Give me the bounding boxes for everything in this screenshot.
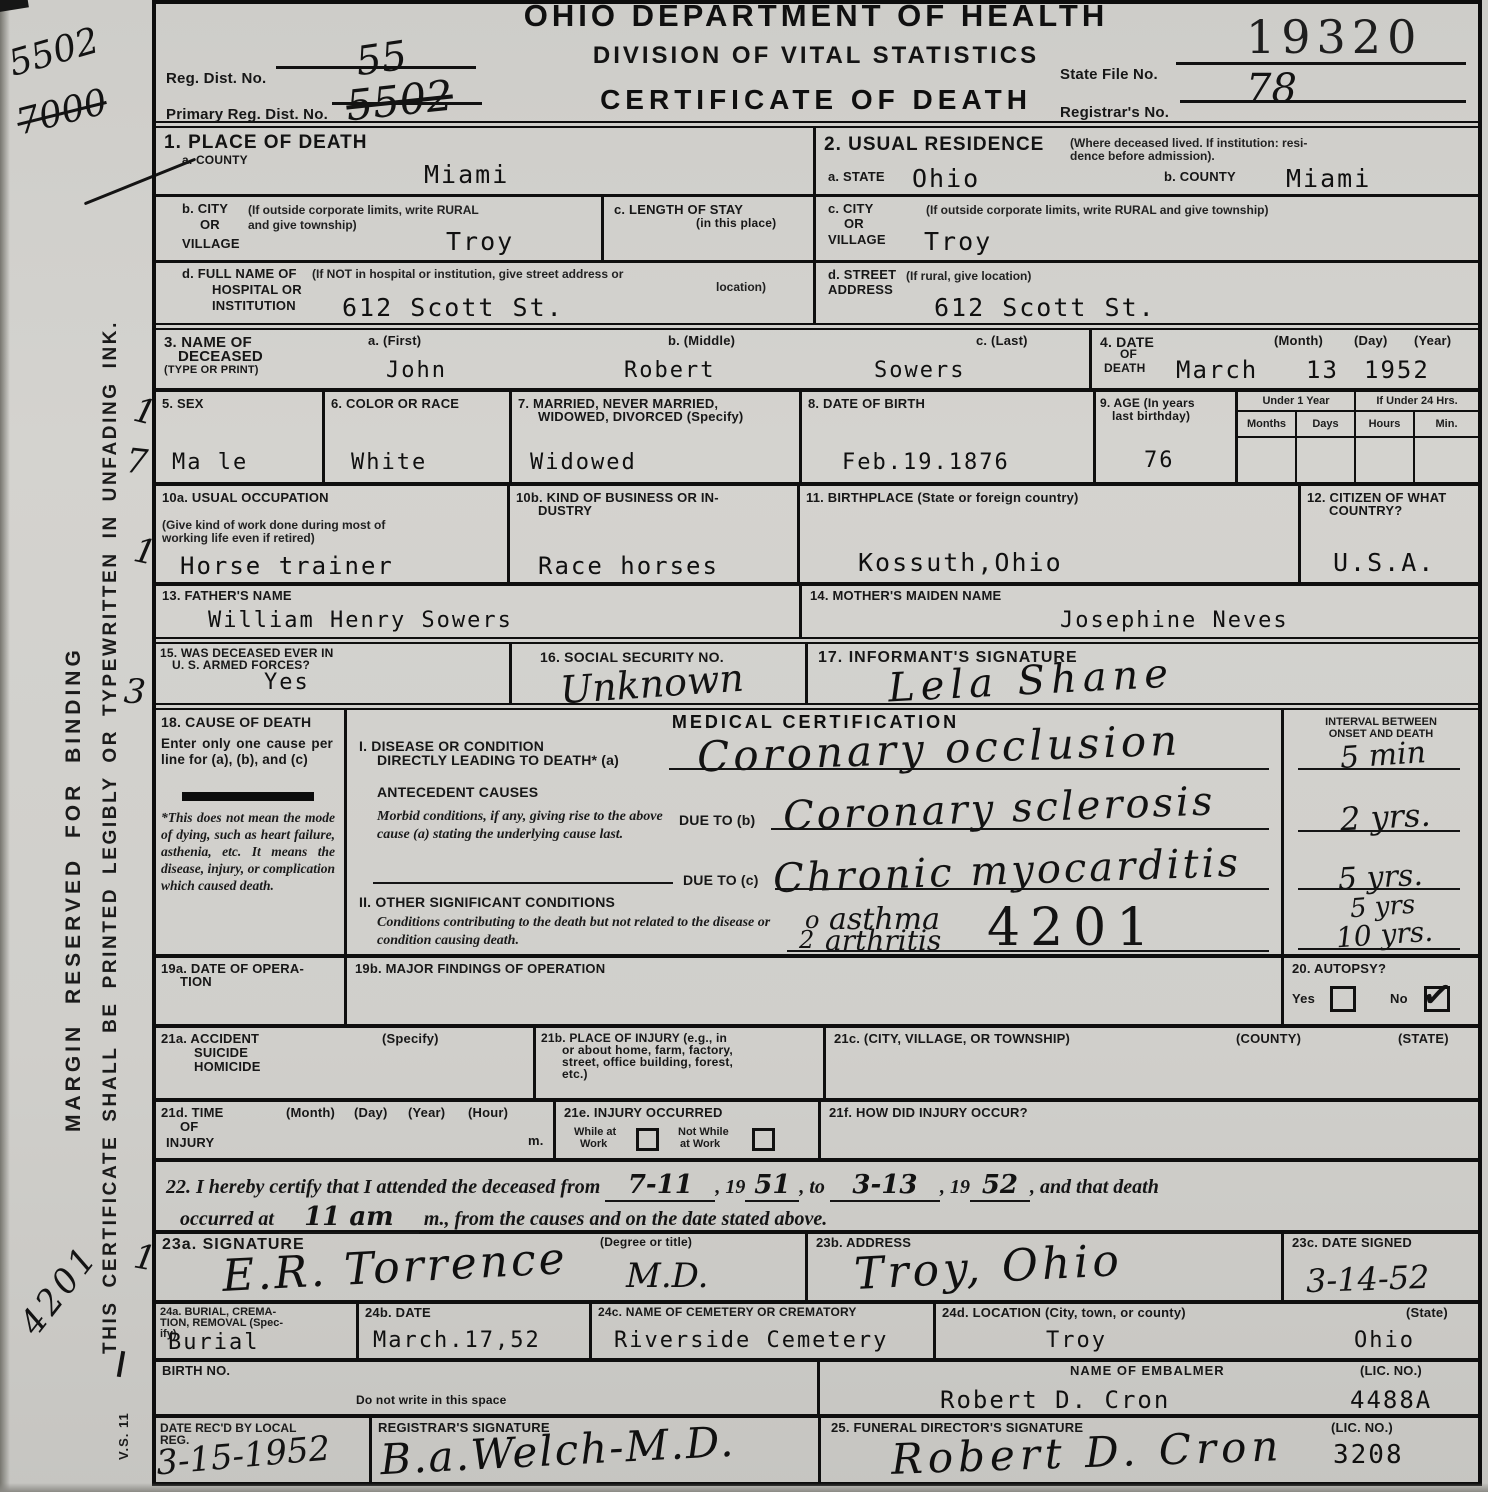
ssn-cell: 16. SOCIAL SECURITY NO. Unknown (512, 644, 808, 703)
certify-text-3: , to (799, 1176, 825, 1198)
date-day-value: 13 (1306, 356, 1339, 384)
birthplace-value: Kossuth,Ohio (858, 548, 1063, 577)
place-county-value: Miami (424, 160, 509, 189)
not-while-label-2: at Work (680, 1138, 720, 1151)
row-burial: 24a. BURIAL, CREMA- TION, REMOVAL (Spec-… (156, 1304, 1478, 1362)
birth-date-cell: 8. DATE OF BIRTH Feb.19.1876 (802, 392, 1096, 482)
embalmer-lic-value: 4488A (1350, 1386, 1432, 1414)
marital-label-2: WIDOWED, DIVORCED (Specify) (538, 410, 743, 425)
sex-label: 5. SEX (162, 397, 204, 412)
injury-state-label: (STATE) (1398, 1032, 1449, 1047)
burial-state-label: (State) (1406, 1306, 1448, 1321)
place-city-row: b. CITY (If outside corporate limits, wr… (156, 197, 813, 263)
age-label-2: last birthday) (1112, 410, 1190, 424)
interval-e-line (1298, 948, 1460, 950)
degree-title-label: (Degree or title) (600, 1236, 692, 1250)
residence-street-label-1: d. STREET (828, 268, 896, 283)
registrar-signature-cell: REGISTRAR'S SIGNATURE B.a.Welch-M.D. (372, 1418, 821, 1482)
margin-handwritten-4201: 4201 (12, 1237, 107, 1342)
name-first-label: a. (First) (368, 334, 421, 349)
days-value-cell (1297, 438, 1356, 482)
cause-c-value: Chronic myocarditis (772, 840, 1241, 902)
cause-of-death-cell: 18. CAUSE OF DEATH Enter only one cause … (156, 710, 347, 954)
sex-value: Ma le (172, 450, 248, 475)
cause-of-death-label: 18. CAUSE OF DEATH (161, 714, 311, 730)
name-title-2: DECEASED (178, 348, 263, 365)
marital-value: Widowed (530, 450, 637, 475)
injury-occurred-cell: 21e. INJURY OCCURRED While at Work Not W… (556, 1102, 821, 1158)
name-title-3: (TYPE OR PRINT) (164, 364, 259, 377)
birthplace-label: 11. BIRTHPLACE (State or foreign country… (806, 491, 1079, 506)
birth-date-label: 8. DATE OF BIRTH (808, 397, 925, 412)
medical-certification-cell: MEDICAL CERTIFICATION I. DISEASE OR COND… (347, 710, 1284, 954)
father-value: William Henry Sowers (208, 608, 513, 633)
embalmer-value: Robert D. Cron (940, 1386, 1170, 1414)
cause-c-leader-line (373, 882, 673, 884)
dept-title: OHIO DEPARTMENT OF HEALTH (336, 0, 1296, 34)
autopsy-label: 20. AUTOPSY? (1292, 962, 1386, 977)
place-of-injury-cell: 21b. PLACE OF INJURY (e.g., in or about … (536, 1028, 826, 1098)
residence-city-value: Troy (924, 227, 992, 256)
row-occupation: 10a. USUAL OCCUPATION (Give kind of work… (156, 486, 1478, 586)
state-file-stamp-number: 19320 (1246, 10, 1422, 64)
certify-text-7: m., from the causes and on the date stat… (424, 1208, 827, 1230)
injury-county-label: (COUNTY) (1236, 1032, 1301, 1047)
state-file-line (1176, 62, 1466, 65)
burial-location-label: 24d. LOCATION (City, town, or county) (942, 1306, 1186, 1321)
operation-findings-cell: 19b. MAJOR FINDINGS OF OPERATION (347, 958, 1284, 1024)
scan-corner-mark (0, 0, 29, 13)
injury-city-label: 21c. (CITY, VILLAGE, OR TOWNSHIP) (834, 1032, 1070, 1047)
other-condition-2: arthritis (825, 924, 941, 957)
row-parents: 13. FATHER'S NAME William Henry Sowers 1… (156, 586, 1478, 644)
registrar-no-label: Registrar's No. (1060, 104, 1169, 121)
embalmer-label: NAME OF EMBALMER (1070, 1364, 1225, 1379)
section-place-of-death: 1. PLACE OF DEATH a. COUNTY Miami b. CIT… (156, 128, 816, 323)
armed-forces-value: Yes (264, 670, 310, 695)
birth-no-cell: BIRTH NO. Do not write in this space (156, 1362, 820, 1414)
informant-cell: 17. INFORMANT'S SIGNATURE Lela Shane (808, 644, 1478, 703)
burial-state-value: Ohio (1354, 1328, 1415, 1353)
under-1-year-header: Under 1 Year (1238, 392, 1356, 410)
autopsy-no-checkmark: ✓ (1419, 972, 1455, 1018)
scan-edge-shadow (0, 0, 10, 1492)
place-length-of-stay-cell: c. LENGTH OF STAY (in this place) (604, 197, 813, 260)
injury-time-year: (Year) (408, 1106, 445, 1121)
mother-label: 14. MOTHER'S MAIDEN NAME (810, 589, 1001, 604)
physician-degree-value: M.D. (626, 1256, 708, 1296)
while-at-work-checkbox (636, 1128, 659, 1151)
citizen-label-2: COUNTRY? (1329, 504, 1402, 519)
institution-label-3: INSTITUTION (212, 299, 296, 314)
place-institution-cell: d. FULL NAME OF (If NOT in hospital or i… (156, 263, 813, 326)
certify-from-year: 51 (745, 1170, 799, 1202)
autopsy-yes-label: Yes (1292, 992, 1315, 1007)
row-name-date: 3. NAME OF DECEASED (TYPE OR PRINT) a. (… (156, 330, 1478, 392)
row-place-residence: 1. PLACE OF DEATH a. COUNTY Miami b. CIT… (156, 128, 1478, 330)
institution-note-1: (If NOT in hospital or institution, give… (312, 267, 623, 282)
injury-time-hour: (Hour) (468, 1106, 508, 1121)
date-of-death-label-2: OF (1120, 348, 1137, 362)
cemetery-value: Riverside Cemetery (614, 1328, 888, 1353)
row-sex-race-age: 5. SEX Ma le 6. COLOR OR RACE White 7. M… (156, 392, 1478, 486)
how-injury-cell: 21f. HOW DID INJURY OCCUR? (821, 1102, 1478, 1158)
not-while-checkbox (752, 1128, 775, 1151)
occupation-note-2: working life even if retired) (162, 531, 315, 546)
place-county-label: a. COUNTY (182, 154, 248, 168)
injury-occurred-label: 21e. INJURY OCCURRED (564, 1106, 723, 1121)
death-certificate-scan: 5502 7000 MARGIN RESERVED FOR BINDING TH… (0, 0, 1488, 1492)
residence-city-label-1: c. CITY (828, 202, 873, 217)
length-of-stay-note: (in this place) (696, 217, 776, 231)
place-city-label-2: OR (200, 218, 220, 233)
primary-reg-dist-label: Primary Reg. Dist. No. (166, 106, 328, 123)
residence-street-cell: d. STREET (If rural, give location) ADDR… (816, 263, 1478, 326)
primary-reg-dist-value: 5502 (344, 71, 455, 131)
certify-from-date: 7-11 (605, 1170, 715, 1202)
certify-text-2: , 19 (715, 1176, 745, 1198)
row-embalmer: BIRTH NO. Do not write in this space NAM… (156, 1362, 1478, 1418)
margin-dash (117, 1351, 125, 1377)
place-city-cell: b. CITY (If outside corporate limits, wr… (156, 197, 604, 260)
place-of-death-title: 1. PLACE OF DEATH (164, 132, 368, 154)
margin-handwritten-5502: 5502 (4, 20, 103, 85)
reg-dist-label: Reg. Dist. No. (166, 70, 266, 87)
form-header: OHIO DEPARTMENT OF HEALTH DIVISION OF VI… (156, 4, 1478, 128)
usual-residence-note-2: dence before admission). (1070, 149, 1215, 164)
age-subcolumns: Under 1 Year If Under 24 Hrs. Months Day… (1238, 392, 1478, 482)
cause-note-2: *This does not mean the mode of dying, s… (161, 810, 335, 894)
citizen-value: U.S.A. (1333, 548, 1435, 577)
residence-city-cell: c. CITY (If outside corporate limits, wr… (816, 197, 1478, 263)
cause-divider-bar (182, 792, 314, 801)
injury-location-cell: 21c. (CITY, VILLAGE, OR TOWNSHIP) (COUNT… (826, 1028, 1478, 1098)
due-to-c-label: DUE TO (c) (683, 872, 759, 888)
residence-street-value: 612 Scott St. (934, 293, 1156, 322)
name-last-value: Sowers (874, 358, 965, 383)
embalmer-lic-label: (LIC. NO.) (1360, 1364, 1422, 1379)
burial-type-value: Burial (168, 1330, 259, 1355)
race-value: White (351, 450, 427, 475)
physician-signature-cell: 23a. SIGNATURE (Degree or title) E.R. To… (156, 1234, 808, 1300)
residence-street-note: (If rural, give location) (906, 269, 1031, 284)
name-date-divider (1089, 330, 1092, 388)
residence-county-value: Miami (1286, 164, 1371, 193)
cause-b-value: Coronary sclerosis (782, 778, 1216, 839)
interval-b-line (1298, 830, 1460, 832)
burial-city-value: Troy (1046, 1328, 1107, 1353)
residence-county-label: b. COUNTY (1164, 170, 1236, 185)
row-accident: 21a. ACCIDENT SUICIDE HOMICIDE (Specify)… (156, 1028, 1478, 1102)
injury-time-day: (Day) (354, 1106, 388, 1121)
months-value-cell (1238, 438, 1297, 482)
birthplace-cell: 11. BIRTHPLACE (State or foreign country… (800, 486, 1301, 582)
burial-label-2: TION, REMOVAL (Spec- (160, 1317, 283, 1330)
place-city-note-1: (If outside corporate limits, write RURA… (248, 203, 479, 218)
sex-cell: 5. SEX Ma le (156, 392, 325, 482)
autopsy-yes-checkbox (1330, 986, 1356, 1012)
race-cell: 6. COLOR OR RACE White (325, 392, 512, 482)
how-injury-label: 21f. HOW DID INJURY OCCUR? (829, 1106, 1028, 1121)
row-physician-signature: 23a. SIGNATURE (Degree or title) E.R. To… (156, 1234, 1478, 1304)
operation-date-label-2: TION (180, 975, 212, 990)
code-4201-stamp: 4201 (987, 898, 1159, 958)
place-city-label-1: b. CITY (182, 202, 228, 217)
antecedent-label: ANTECEDENT CAUSES (377, 784, 538, 800)
injury-time-label-2: OF (180, 1120, 198, 1135)
residence-state-label: a. STATE (828, 170, 885, 185)
burial-type-cell: 24a. BURIAL, CREMA- TION, REMOVAL (Spec-… (156, 1304, 359, 1358)
under-24-hrs-header: If Under 24 Hrs. (1356, 392, 1478, 410)
due-to-b-label: DUE TO (b) (679, 812, 755, 828)
name-middle-label: b. (Middle) (668, 334, 735, 349)
race-label: 6. COLOR OR RACE (331, 397, 459, 412)
min-value-cell (1415, 438, 1478, 482)
residence-city-label-2: OR (844, 217, 864, 232)
institution-label-2: HOSPITAL OR (212, 283, 302, 298)
date-month-label: (Month) (1274, 334, 1323, 349)
accident-label-3: HOMICIDE (194, 1060, 261, 1075)
other-conditions-note: Conditions contributing to the death but… (377, 914, 797, 949)
margin-form-code: V.S. 11 (116, 1412, 131, 1460)
injury-place-label-4: etc.) (562, 1068, 588, 1082)
funeral-director-cell: 25. FUNERAL DIRECTOR'S SIGNATURE (LIC. N… (821, 1418, 1478, 1482)
hours-header: Hours (1356, 412, 1415, 436)
date-signed-value: 3-14-52 (1305, 1258, 1430, 1300)
certify-to-date: 3-13 (830, 1170, 940, 1202)
funeral-director-lic-value: 3208 (1333, 1440, 1404, 1470)
citizen-cell: 12. CITIZEN OF WHAT COUNTRY? U.S.A. (1301, 486, 1478, 582)
date-of-death-label-3: DEATH (1104, 362, 1145, 376)
occupation-cell: 10a. USUAL OCCUPATION (Give kind of work… (156, 486, 510, 582)
occupation-value: Horse trainer (180, 552, 394, 580)
certify-text-6: occurred at (180, 1208, 274, 1230)
institution-label-1: d. FULL NAME OF (182, 267, 297, 282)
cemetery-label: 24c. NAME OF CEMETERY OR CREMATORY (598, 1306, 857, 1320)
certify-statement-cell: 22. I hereby certify that I attended the… (156, 1162, 1478, 1230)
margin-ink-note: THIS CERTIFICATE SHALL BE PRINTED LEGIBL… (100, 320, 122, 1354)
birth-no-label: BIRTH NO. (162, 1364, 230, 1379)
industry-label-2: DUSTRY (538, 504, 592, 519)
date-signed-label: 23c. DATE SIGNED (1292, 1236, 1412, 1251)
certify-text-1: 22. I hereby certify that I attended the… (166, 1176, 600, 1198)
interval-a-line (1298, 768, 1460, 770)
section-usual-residence: 2. USUAL RESIDENCE (Where deceased lived… (816, 128, 1478, 323)
row-bottom-signatures: DATE REC'D BY LOCAL REG. 3-15-1952 REGIS… (156, 1418, 1478, 1482)
accident-specify-label: (Specify) (382, 1032, 439, 1047)
autopsy-no-label: No (1390, 992, 1408, 1007)
mother-value: Josephine Neves (1060, 608, 1289, 633)
injury-time-m: m. (528, 1134, 544, 1149)
date-year-value: 1952 (1364, 356, 1430, 384)
date-signed-cell: 23c. DATE SIGNED 3-14-52 (1284, 1234, 1478, 1300)
residence-city-note: (If outside corporate limits, write RURA… (926, 203, 1268, 218)
row-medical-certification: 18. CAUSE OF DEATH Enter only one cause … (156, 710, 1478, 958)
injury-time-label-3: INJURY (166, 1136, 214, 1151)
accident-cell: 21a. ACCIDENT SUICIDE HOMICIDE (Specify) (156, 1028, 536, 1098)
date-month-value: March (1176, 356, 1258, 384)
operation-findings-label: 19b. MAJOR FINDINGS OF OPERATION (355, 962, 605, 977)
age-value: 76 (1144, 448, 1175, 473)
margin-handwritten-7000: 7000 (12, 82, 111, 144)
industry-cell: 10b. KIND OF BUSINESS OR IN- DUSTRY Race… (510, 486, 800, 582)
residence-city-label-3: VILLAGE (828, 233, 886, 248)
name-first-value: John (386, 358, 447, 383)
burial-location-cell: 24d. LOCATION (City, town, or county) (S… (936, 1304, 1478, 1358)
usual-residence-title: 2. USUAL RESIDENCE (824, 134, 1044, 156)
margin-binding-note: MARGIN RESERVED FOR BINDING (62, 646, 86, 1132)
occupation-label: 10a. USUAL OCCUPATION (162, 491, 329, 506)
row-armed-ssn-informant: 15. WAS DECEASED EVER IN U. S. ARMED FOR… (156, 644, 1478, 710)
institution-value: 612 Scott St. (342, 293, 564, 322)
certify-to-year: 52 (970, 1170, 1030, 1202)
date-year-label: (Year) (1414, 334, 1451, 349)
other-conditions-label: II. OTHER SIGNIFICANT CONDITIONS (359, 894, 615, 910)
embalmer-cell: NAME OF EMBALMER (LIC. NO.) Robert D. Cr… (820, 1362, 1478, 1414)
certify-time-value: 11 am (279, 1202, 419, 1234)
armed-forces-cell: 15. WAS DECEASED EVER IN U. S. ARMED FOR… (156, 644, 512, 703)
registrar-no-line (1180, 100, 1466, 103)
injury-time-cell: 21d. TIME (Month) (Day) (Year) (Hour) OF… (156, 1102, 556, 1158)
certify-text-5: , and that death (1030, 1176, 1159, 1198)
do-not-write-note: Do not write in this space (356, 1394, 507, 1408)
months-header: Months (1238, 412, 1297, 436)
place-city-note-2: and give township) (248, 218, 357, 233)
autopsy-cell: 20. AUTOPSY? Yes No ✓ (1284, 958, 1478, 1024)
name-last-label: c. (Last) (976, 334, 1028, 349)
cause-note-1: Enter only one cause per line for (a), (… (161, 736, 333, 767)
place-city-label-3: VILLAGE (182, 237, 240, 252)
scan-bottom-shadow (0, 1483, 1488, 1492)
binding-margin: 5502 7000 MARGIN RESERVED FOR BINDING TH… (0, 0, 152, 1492)
institution-note-2: location) (716, 280, 766, 295)
operation-date-cell: 19a. DATE OF OPERA- TION (156, 958, 347, 1024)
cemetery-cell: 24c. NAME OF CEMETERY OR CREMATORY River… (592, 1304, 936, 1358)
mother-cell: 14. MOTHER'S MAIDEN NAME Josephine Neves (802, 586, 1478, 637)
father-cell: 13. FATHER'S NAME William Henry Sowers (156, 586, 802, 637)
certificate-form: OHIO DEPARTMENT OF HEALTH DIVISION OF VI… (152, 0, 1482, 1486)
date-day-label: (Day) (1354, 334, 1388, 349)
injury-time-month: (Month) (286, 1106, 335, 1121)
residence-street-label-2: ADDRESS (828, 283, 893, 298)
place-county-cell: 1. PLACE OF DEATH a. COUNTY Miami (156, 128, 813, 197)
age-cell: 9. AGE (In years last birthday) 76 (1096, 392, 1238, 482)
burial-date-label: 24b. DATE (365, 1306, 431, 1321)
registrar-no-value: 78 (1246, 66, 1297, 112)
morbid-note: Morbid conditions, if any, giving rise t… (377, 808, 667, 843)
margin-digit-7: 7 (124, 441, 150, 483)
other-conditions-line (787, 950, 1269, 952)
row-certify-statement: 22. I hereby certify that I attended the… (156, 1162, 1478, 1234)
father-label: 13. FATHER'S NAME (162, 589, 292, 604)
margin-digit-3: 3 (123, 671, 147, 712)
row-injury-time: 21d. TIME (Month) (Day) (Year) (Hour) OF… (156, 1102, 1478, 1162)
burial-date-cell: 24b. DATE March.17,52 (359, 1304, 592, 1358)
marital-cell: 7. MARRIED, NEVER MARRIED, WIDOWED, DIVO… (512, 392, 802, 482)
disease-label-2: DIRECTLY LEADING TO DEATH* (a) (377, 752, 619, 768)
row-operation-autopsy: 19a. DATE OF OPERA- TION 19b. MAJOR FIND… (156, 958, 1478, 1028)
place-city-value: Troy (446, 227, 514, 256)
residence-state-county-cell: 2. USUAL RESIDENCE (Where deceased lived… (816, 128, 1478, 197)
hours-value-cell (1356, 438, 1415, 482)
residence-state-value: Ohio (912, 164, 980, 193)
funeral-director-lic-label: (LIC. NO.) (1331, 1421, 1393, 1436)
state-file-label: State File No. (1060, 66, 1158, 83)
burial-date-value: March.17,52 (373, 1328, 541, 1353)
date-received-cell: DATE REC'D BY LOCAL REG. 3-15-1952 (156, 1418, 372, 1482)
birth-date-value: Feb.19.1876 (842, 450, 1010, 475)
days-header: Days (1297, 412, 1356, 436)
industry-value: Race horses (538, 552, 719, 580)
name-middle-value: Robert (624, 358, 715, 383)
interval-c-line (1298, 888, 1460, 890)
physician-address-cell: 23b. ADDRESS Troy, Ohio (808, 1234, 1284, 1300)
interval-column: INTERVAL BETWEEN ONSET AND DEATH 5 min 2… (1284, 710, 1478, 954)
certify-text-4: , 19 (940, 1176, 970, 1198)
while-at-work-label-2: Work (580, 1138, 607, 1151)
min-header: Min. (1415, 412, 1478, 436)
